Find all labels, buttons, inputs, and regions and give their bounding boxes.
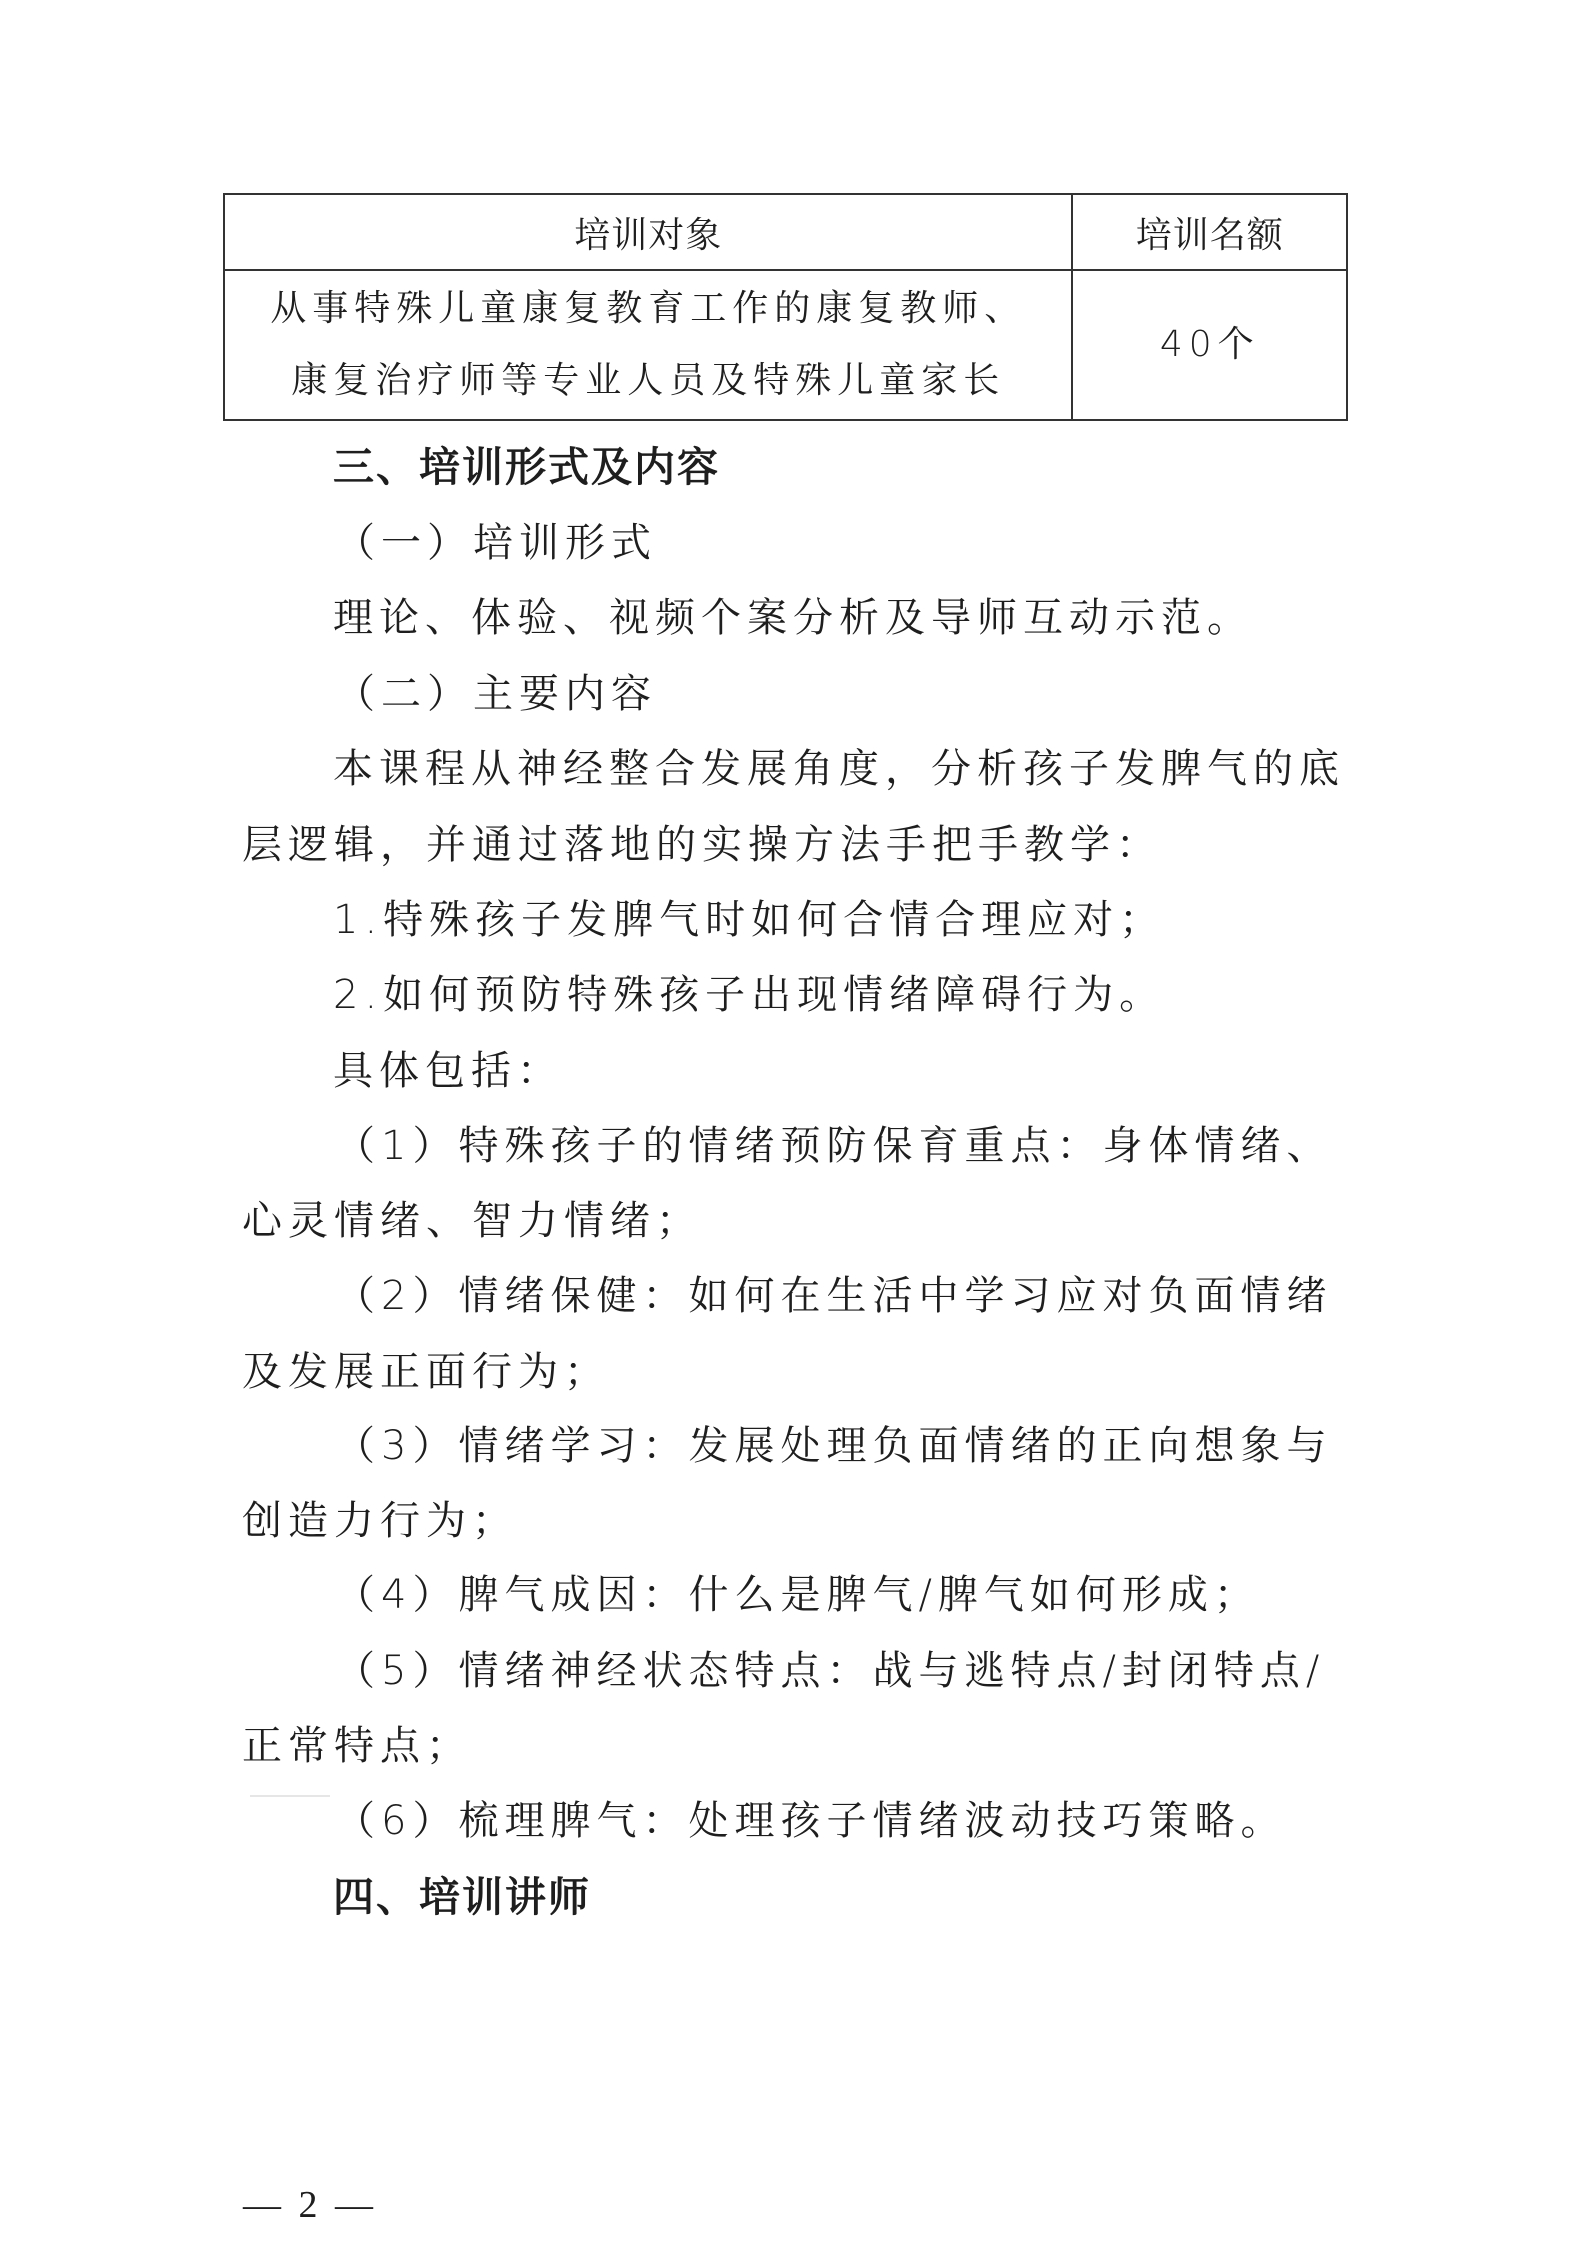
detail-item: （2）情绪保健：如何在生活中学习应对负面情绪 xyxy=(335,1266,1332,1326)
subsection-heading-form: （一）培训形式 xyxy=(335,513,657,573)
detail-item-continuation: 创造力行为； xyxy=(242,1491,518,1551)
detail-item-continuation: 心灵情绪、智力情绪； xyxy=(242,1191,702,1251)
detail-item: （3）情绪学习：发展处理负面情绪的正向想象与 xyxy=(335,1416,1332,1476)
cell-line: 从事特殊儿童康复教育工作的康复教师、 xyxy=(225,273,1071,345)
table-header-row: 培训对象 培训名额 xyxy=(224,194,1347,270)
paragraph-intro-line: 层逻辑，并通过落地的实操方法手把手教学： xyxy=(242,815,1162,875)
paragraph-form: 理论、体验、视频个案分析及导师互动示范。 xyxy=(333,588,1253,648)
table-row: 从事特殊儿童康复教育工作的康复教师、 康复治疗师等专业人员及特殊儿童家长 40个 xyxy=(224,270,1347,420)
subsection-heading-content: （二）主要内容 xyxy=(335,664,657,724)
cell-training-target: 从事特殊儿童康复教育工作的康复教师、 康复治疗师等专业人员及特殊儿童家长 xyxy=(224,270,1072,420)
detail-item: （6）梳理脾气：处理孩子情绪波动技巧策略。 xyxy=(335,1791,1286,1851)
scan-artifact-line xyxy=(250,1795,330,1797)
section-heading-3: 三、培训形式及内容 xyxy=(333,437,720,497)
cell-line: 康复治疗师等专业人员及特殊儿童家长 xyxy=(225,345,1071,417)
header-training-quota: 培训名额 xyxy=(1072,194,1347,270)
training-quota-table: 培训对象 培训名额 从事特殊儿童康复教育工作的康复教师、 康复治疗师等专业人员及… xyxy=(223,193,1348,421)
detail-item: （1）特殊孩子的情绪预防保育重点：身体情绪、 xyxy=(335,1116,1332,1176)
goal-item: 1.特殊孩子发脾气时如何合情合理应对； xyxy=(333,890,1165,950)
paragraph-intro-line: 本课程从神经整合发展角度，分析孩子发脾气的底 xyxy=(333,739,1345,799)
cell-training-quota: 40个 xyxy=(1072,270,1347,420)
goal-item: 2.如何预防特殊孩子出现情绪障碍行为。 xyxy=(333,965,1165,1025)
document-page: 培训对象 培训名额 从事特殊儿童康复教育工作的康复教师、 康复治疗师等专业人员及… xyxy=(0,0,1588,2246)
section-heading-4: 四、培训讲师 xyxy=(333,1867,591,1927)
detail-item: （5）情绪神经状态特点：战与逃特点/封闭特点/ xyxy=(335,1641,1325,1701)
detail-item-continuation: 及发展正面行为； xyxy=(242,1342,610,1402)
detail-item-continuation: 正常特点； xyxy=(242,1716,472,1776)
header-training-target: 培训对象 xyxy=(224,194,1072,270)
details-label: 具体包括： xyxy=(333,1041,563,1101)
detail-item: （4）脾气成因：什么是脾气/脾气如何形成； xyxy=(335,1565,1260,1625)
page-number: — 2 — xyxy=(243,2180,377,2230)
